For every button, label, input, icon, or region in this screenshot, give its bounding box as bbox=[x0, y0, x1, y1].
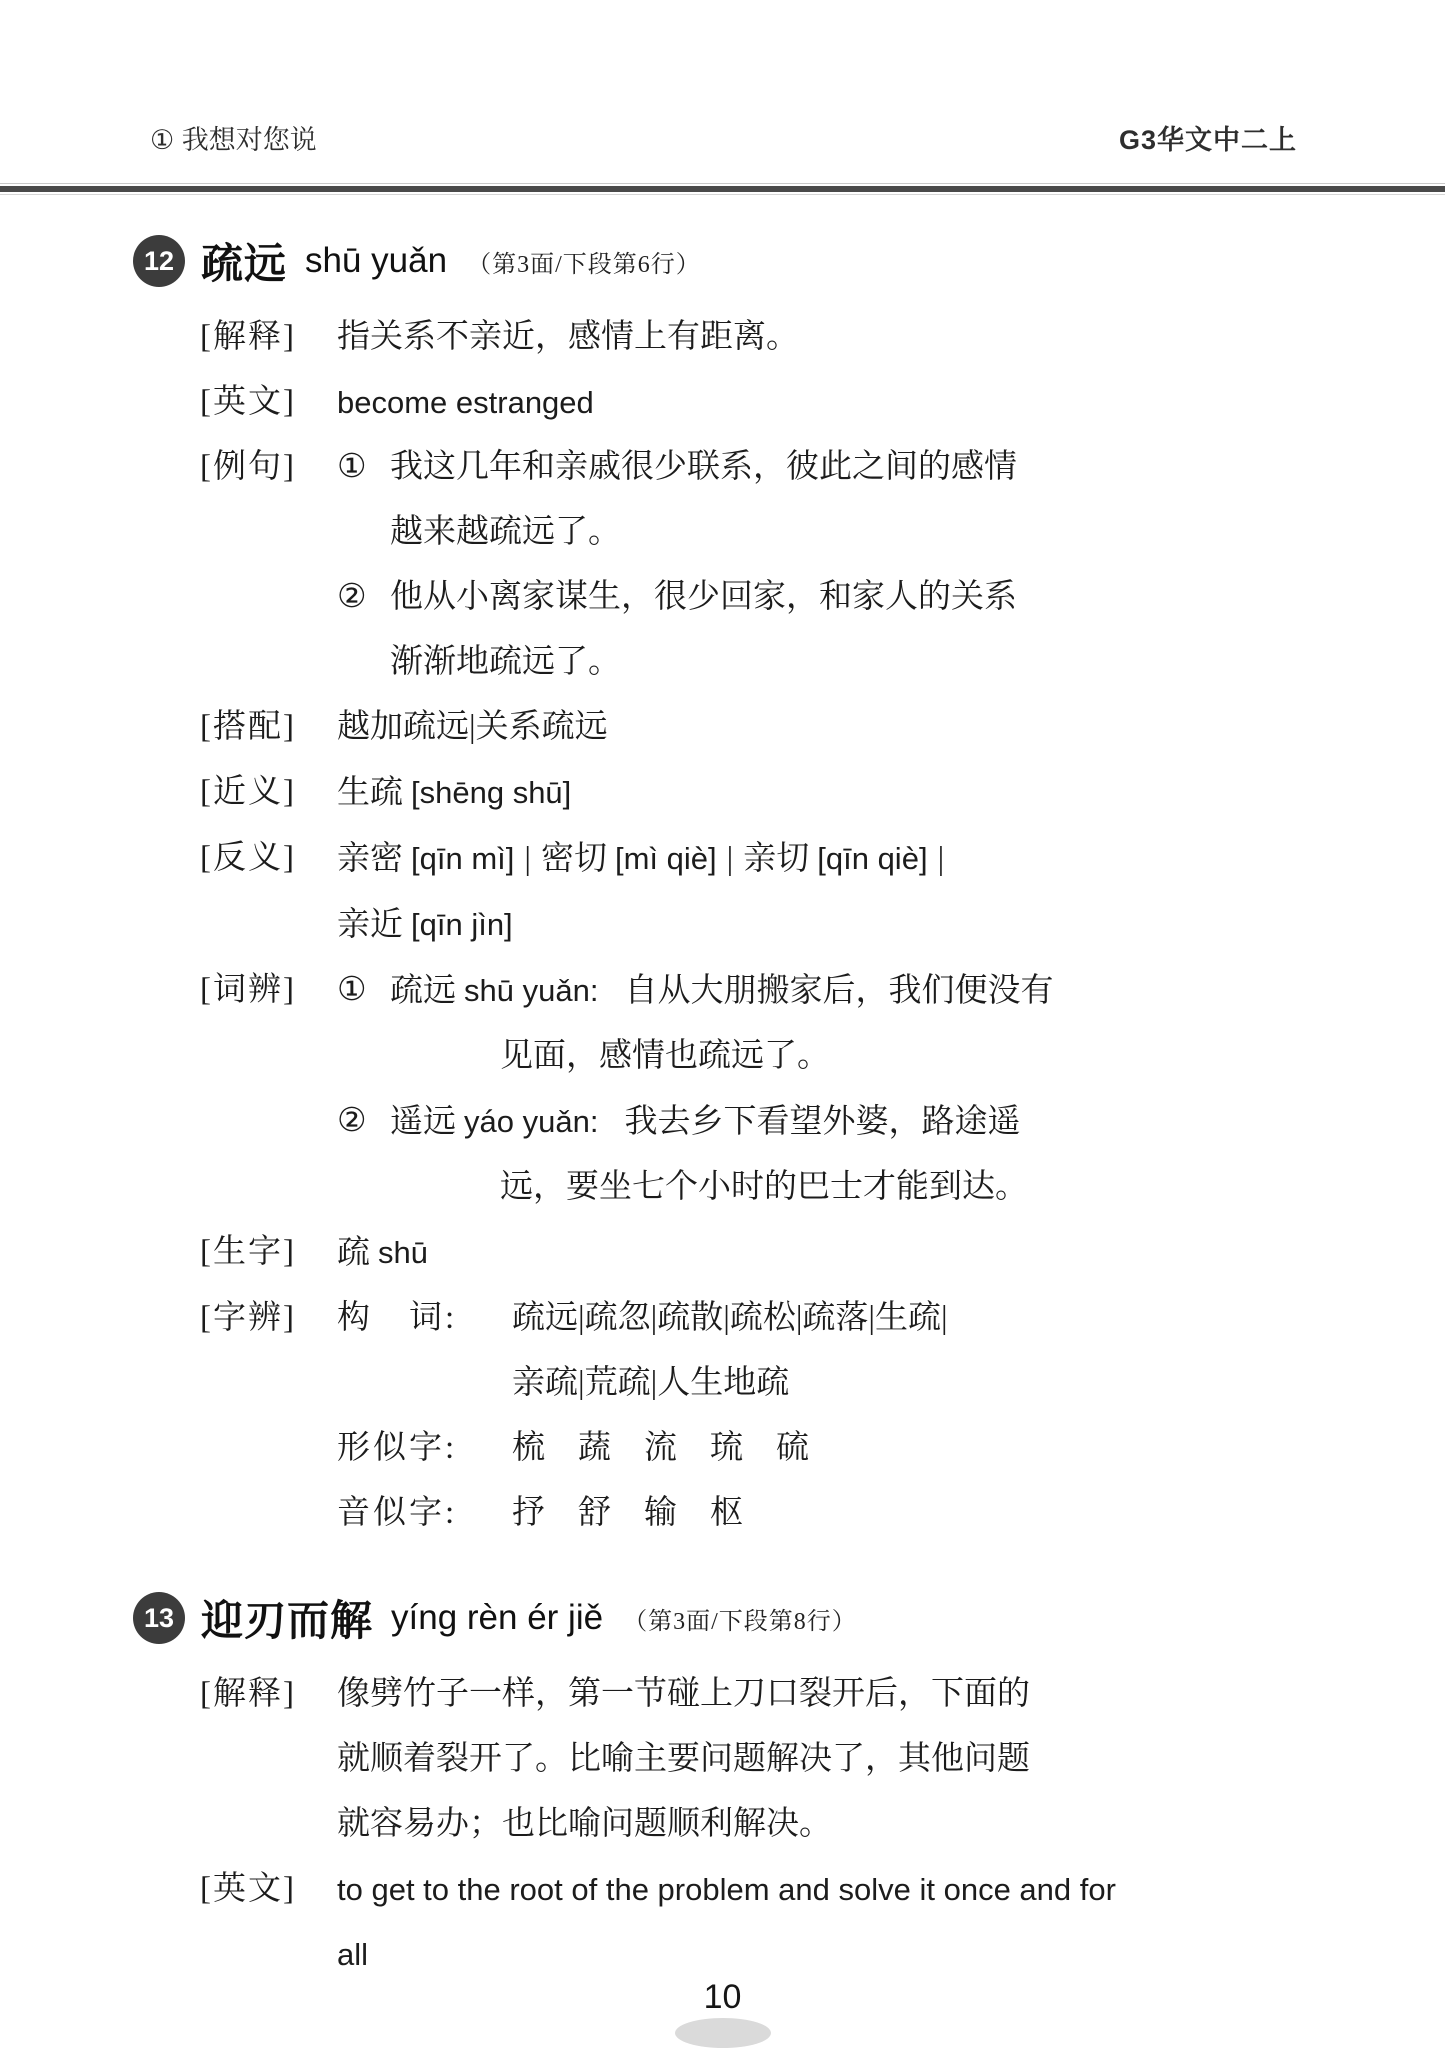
example-lines: 他从小离家谋生，很少回家，和家人的关系 渐渐地疏远了。 bbox=[390, 565, 1330, 695]
entry-number-badge: 13 bbox=[133, 1592, 185, 1644]
discrimination-head: 遥远yáo yuǎn:我去乡下看望外婆，路途遥 bbox=[390, 1089, 1020, 1155]
section-definition: [解释] 像劈竹子一样，第一节碰上刀口裂开后，下面的 就顺着裂开了。比喻主要问题… bbox=[200, 1662, 1330, 1857]
antonym-line: 亲密[qīn mì]|密切[mì qiè]|亲切[qīn qiè]| bbox=[337, 826, 1330, 892]
section-english: [英文] become estranged bbox=[200, 370, 1330, 435]
example-line: 我这几年和亲戚很少联系，彼此之间的感情 bbox=[390, 435, 1330, 500]
entry-page-ref: （第3面/下段第6行） bbox=[467, 244, 701, 279]
section-label: [英文] bbox=[200, 1857, 337, 1987]
antonym-line: 亲近[qīn jìn] bbox=[337, 892, 1330, 958]
page-number: 10 bbox=[668, 1978, 778, 2017]
section-label: [英文] bbox=[200, 370, 337, 435]
circled-number: ② bbox=[337, 565, 390, 695]
similar-form-characters: 梳 蔬 流 琉 硫 bbox=[512, 1416, 1330, 1481]
word-discrimination-list: ① 疏远shū yuǎn:自从大朋搬家后，我们便没有 见面，感情也疏远了。 ② … bbox=[337, 958, 1330, 1220]
definition-line: 像劈竹子一样，第一节碰上刀口裂开后，下面的 bbox=[337, 1662, 1330, 1727]
separator: | bbox=[727, 841, 734, 877]
discrimination-pinyin: yáo yuǎn: bbox=[464, 1104, 598, 1139]
section-label: [解释] bbox=[200, 1662, 337, 1857]
character-discrimination-block: 构 词: 疏远|疏忽|疏散|疏松|疏落|生疏| 亲疏|荒疏|人生地疏 形似字: … bbox=[337, 1286, 1330, 1546]
discrimination-text: 自从大朋搬家后，我们便没有 bbox=[624, 973, 1053, 1009]
section-label: [字辨] bbox=[200, 1286, 337, 1546]
section-definition: [解释] 指关系不亲近，感情上有距离。 bbox=[200, 305, 1330, 370]
compound-words-row: 构 词: 疏远|疏忽|疏散|疏松|疏落|生疏| 亲疏|荒疏|人生地疏 bbox=[337, 1286, 1330, 1416]
discrimination-text: 我去乡下看望外婆，路途遥 bbox=[624, 1104, 1020, 1140]
similar-form-row: 形似字: 梳 蔬 流 琉 硫 bbox=[337, 1416, 1330, 1481]
discrimination-wrap-line: 远，要坐七个小时的巴士才能到达。 bbox=[500, 1155, 1330, 1220]
synonym-pinyin: [shēng shū] bbox=[411, 775, 571, 810]
example-line: 他从小离家谋生，很少回家，和家人的关系 bbox=[390, 565, 1330, 630]
discrimination-word: 疏远 bbox=[390, 973, 456, 1009]
antonym-word: 亲近 bbox=[337, 907, 403, 943]
discrimination-item: ① 疏远shū yuǎn:自从大朋搬家后，我们便没有 见面，感情也疏远了。 bbox=[337, 958, 1330, 1089]
synonym-word: 生疏 bbox=[337, 775, 403, 811]
example-line: 越来越疏远了。 bbox=[390, 500, 1330, 565]
similar-sound-characters: 抒 舒 输 枢 bbox=[512, 1481, 1330, 1546]
entry-term: 疏远 bbox=[201, 231, 287, 291]
circled-number: ① bbox=[337, 435, 390, 565]
entry-pinyin: shū yuǎn bbox=[305, 241, 447, 281]
section-collocation: [搭配] 越加疏远|关系疏远 bbox=[200, 695, 1330, 760]
example-list: ① 我这几年和亲戚很少联系，彼此之间的感情 越来越疏远了。 ② 他从小离家谋生，… bbox=[337, 435, 1330, 695]
entry-number-badge: 12 bbox=[133, 235, 185, 287]
english-line: to get to the root of the problem and so… bbox=[337, 1857, 1330, 1922]
section-new-character: [生字] 疏shū bbox=[200, 1220, 1330, 1286]
entry-pinyin: yíng rèn ér jiě bbox=[391, 1598, 603, 1638]
section-label: [近义] bbox=[200, 760, 337, 826]
english-text: become estranged bbox=[337, 370, 1330, 435]
section-synonym: [近义] 生疏[shēng shū] bbox=[200, 760, 1330, 826]
example-item: ① 我这几年和亲戚很少联系，彼此之间的感情 越来越疏远了。 bbox=[337, 435, 1330, 565]
section-label: [例句] bbox=[200, 435, 337, 695]
page-number-shadow bbox=[675, 2018, 771, 2048]
discrimination-item: ② 遥远yáo yuǎn:我去乡下看望外婆，路途遥 远，要坐七个小时的巴士才能到… bbox=[337, 1089, 1330, 1220]
compound-words-lines: 疏远|疏忽|疏散|疏松|疏落|生疏| 亲疏|荒疏|人生地疏 bbox=[512, 1286, 1330, 1416]
antonym-pinyin: [qīn jìn] bbox=[411, 907, 513, 942]
similar-form-label: 形似字: bbox=[337, 1416, 512, 1481]
entry-13-title: 13 迎刃而解 yíng rèn ér jiě （第3面/下段第8行） bbox=[133, 1588, 1330, 1648]
circled-number: ① bbox=[337, 958, 390, 1024]
section-label: [词辨] bbox=[200, 958, 337, 1220]
book-title: G3华文中二上 bbox=[1119, 118, 1297, 157]
separator: | bbox=[524, 841, 531, 877]
compound-words-label: 构 词: bbox=[337, 1286, 512, 1416]
antonym-word: 亲切 bbox=[743, 841, 809, 877]
similar-sound-row: 音似字: 抒 舒 输 枢 bbox=[337, 1481, 1330, 1546]
circled-number: ② bbox=[337, 1089, 390, 1155]
definition-text: 指关系不亲近，感情上有距离。 bbox=[337, 305, 1330, 370]
section-label: [反义] bbox=[200, 826, 337, 958]
section-label: [解释] bbox=[200, 305, 337, 370]
section-label: [生字] bbox=[200, 1220, 337, 1286]
antonym-pinyin: [qīn mì] bbox=[411, 841, 514, 876]
running-head: ① 我想对您说 G3华文中二上 bbox=[0, 0, 1445, 157]
english-line: all bbox=[337, 1922, 1330, 1987]
compound-words-line: 疏远|疏忽|疏散|疏松|疏落|生疏| bbox=[512, 1286, 1330, 1351]
antonym-pinyin: [qīn qiè] bbox=[817, 841, 927, 876]
collocation-text: 越加疏远|关系疏远 bbox=[337, 695, 1330, 760]
definition-lines: 像劈竹子一样，第一节碰上刀口裂开后，下面的 就顺着裂开了。比喻主要问题解决了，其… bbox=[337, 1662, 1330, 1857]
entry-12-title: 12 疏远 shū yuǎn （第3面/下段第6行） bbox=[133, 231, 1330, 291]
example-line: 渐渐地疏远了。 bbox=[390, 630, 1330, 695]
antonym-word: 密切 bbox=[541, 841, 607, 877]
new-character-pinyin: shū bbox=[378, 1235, 428, 1270]
discrimination-first-line: ② 遥远yáo yuǎn:我去乡下看望外婆，路途遥 bbox=[337, 1089, 1330, 1155]
definition-line: 就容易办；也比喻问题顺利解决。 bbox=[337, 1792, 1330, 1857]
header-divider bbox=[0, 183, 1445, 195]
compound-words-line: 亲疏|荒疏|人生地疏 bbox=[512, 1351, 1330, 1416]
new-character: 疏 bbox=[337, 1235, 370, 1271]
section-antonym: [反义] 亲密[qīn mì]|密切[mì qiè]|亲切[qīn qiè]| … bbox=[200, 826, 1330, 958]
entry-page-ref: （第3面/下段第8行） bbox=[623, 1601, 857, 1636]
discrimination-pinyin: shū yuǎn: bbox=[464, 973, 598, 1008]
section-word-discrimination: [词辨] ① 疏远shū yuǎn:自从大朋搬家后，我们便没有 见面，感情也疏远… bbox=[200, 958, 1330, 1220]
definition-line: 就顺着裂开了。比喻主要问题解决了，其他问题 bbox=[337, 1727, 1330, 1792]
antonym-pinyin: [mì qiè] bbox=[615, 841, 717, 876]
antonym-text: 亲密[qīn mì]|密切[mì qiè]|亲切[qīn qiè]| 亲近[qī… bbox=[337, 826, 1330, 958]
synonym-text: 生疏[shēng shū] bbox=[337, 760, 1330, 826]
discrimination-head: 疏远shū yuǎn:自从大朋搬家后，我们便没有 bbox=[390, 958, 1053, 1024]
new-character-text: 疏shū bbox=[337, 1220, 1330, 1286]
chapter-title: ① 我想对您说 bbox=[150, 118, 317, 157]
antonym-word: 亲密 bbox=[337, 841, 403, 877]
example-item: ② 他从小离家谋生，很少回家，和家人的关系 渐渐地疏远了。 bbox=[337, 565, 1330, 695]
discrimination-first-line: ① 疏远shū yuǎn:自从大朋搬家后，我们便没有 bbox=[337, 958, 1330, 1024]
page-content: 12 疏远 shū yuǎn （第3面/下段第6行） [解释] 指关系不亲近，感… bbox=[200, 231, 1330, 1987]
entry-term: 迎刃而解 bbox=[201, 1588, 373, 1648]
english-lines: to get to the root of the problem and so… bbox=[337, 1857, 1330, 1987]
example-lines: 我这几年和亲戚很少联系，彼此之间的感情 越来越疏远了。 bbox=[390, 435, 1330, 565]
discrimination-wrap-line: 见面，感情也疏远了。 bbox=[500, 1024, 1330, 1089]
entry-13: 13 迎刃而解 yíng rèn ér jiě （第3面/下段第8行） [解释]… bbox=[200, 1588, 1330, 1987]
section-character-discrimination: [字辨] 构 词: 疏远|疏忽|疏散|疏松|疏落|生疏| 亲疏|荒疏|人生地疏 … bbox=[200, 1286, 1330, 1546]
separator: | bbox=[938, 841, 945, 877]
discrimination-word: 遥远 bbox=[390, 1104, 456, 1140]
book-page: ① 我想对您说 G3华文中二上 12 疏远 shū yuǎn （第3面/下段第6… bbox=[0, 0, 1445, 2070]
section-label: [搭配] bbox=[200, 695, 337, 760]
entry-12: 12 疏远 shū yuǎn （第3面/下段第6行） [解释] 指关系不亲近，感… bbox=[200, 231, 1330, 1546]
similar-sound-label: 音似字: bbox=[337, 1481, 512, 1546]
section-examples: [例句] ① 我这几年和亲戚很少联系，彼此之间的感情 越来越疏远了。 ② 他从小… bbox=[200, 435, 1330, 695]
section-english: [英文] to get to the root of the problem a… bbox=[200, 1857, 1330, 1987]
page-footer: 10 bbox=[668, 1976, 778, 2048]
